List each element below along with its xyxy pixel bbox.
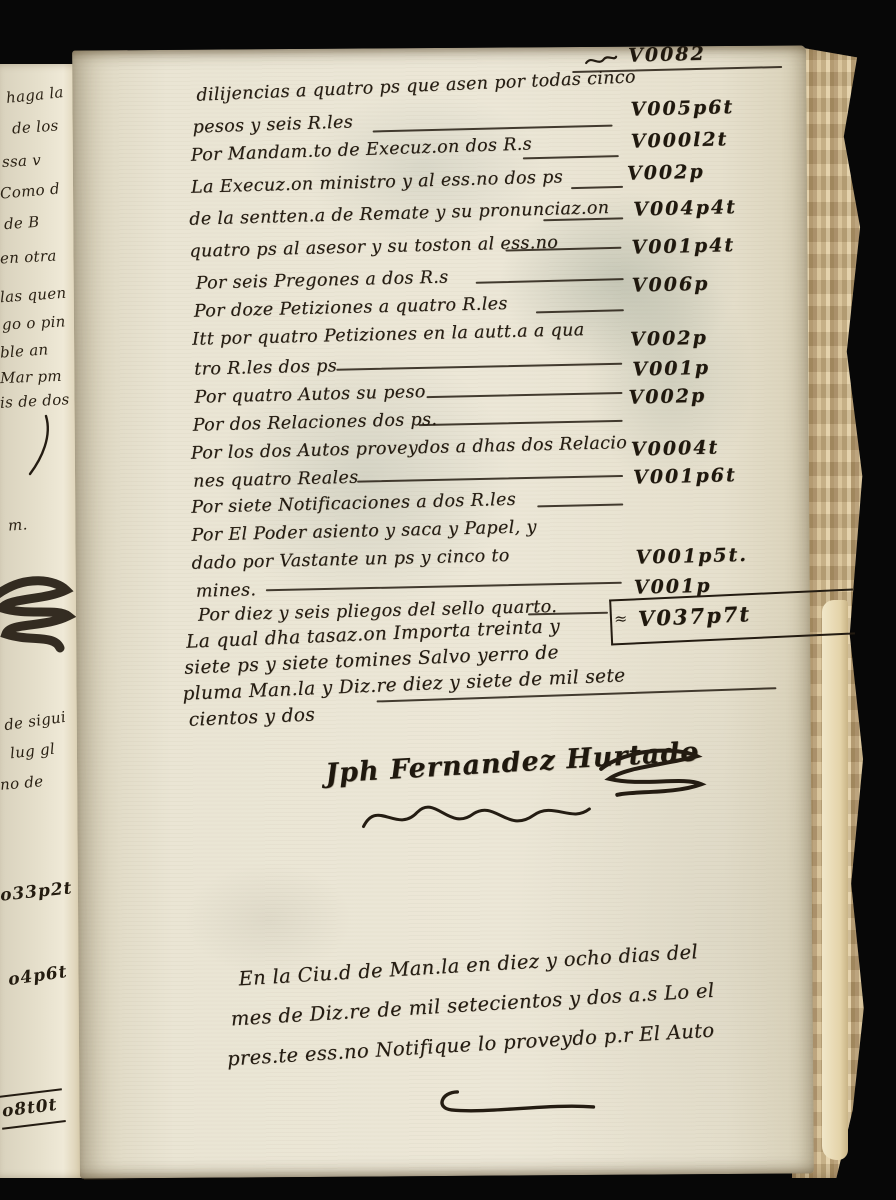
manuscript-line: dilijencias a quatro ps que asen por tod… xyxy=(196,67,636,105)
carried-amount: V0082 xyxy=(628,43,706,67)
amount: V005p6t xyxy=(630,96,734,121)
margin-fragment: is de dos xyxy=(0,390,70,412)
manuscript-line: Por siete Notificaciones a dos R.les xyxy=(191,490,516,518)
manuscript-line: de la sentten.a de Remate y su pronuncia… xyxy=(189,198,610,230)
margin-fragment: no de xyxy=(0,772,44,794)
margin-fragment: go o pin xyxy=(2,312,67,333)
margin-fragment: Como d xyxy=(0,179,61,202)
manuscript-photo: haga la de los ssa v Como d de B en otra… xyxy=(0,0,896,1200)
leader-line xyxy=(537,504,623,508)
manuscript-line: Por los dos Autos proveydos a dhas dos R… xyxy=(191,433,628,464)
leader-line xyxy=(523,155,619,159)
margin-fragment: ssa v xyxy=(2,151,42,171)
margin-fragment: lug gl xyxy=(9,740,56,763)
manuscript-page: V0082 dilijencias a quatro ps que asen p… xyxy=(72,45,814,1178)
margin-fragment: de B xyxy=(3,213,40,233)
margin-fragment: m. xyxy=(7,515,28,534)
manuscript-line: quatro ps al asesor y su toston al ess.n… xyxy=(189,233,558,262)
amount: V004p4t xyxy=(633,196,737,221)
manuscript-line: Por seis Pregones a dos R.s xyxy=(195,268,448,294)
amount: V001p xyxy=(632,357,710,381)
amount: V001p5t. xyxy=(635,544,748,569)
margin-fragment: las quen xyxy=(0,284,67,307)
manuscript-line: nes quatro Reales xyxy=(193,468,359,492)
amount: V002p xyxy=(628,385,706,409)
leader-line xyxy=(528,612,608,616)
margin-fragment: Mar pm xyxy=(0,367,62,387)
leader-line xyxy=(426,392,622,398)
leader-line xyxy=(419,420,623,426)
amount: V002p xyxy=(630,327,708,351)
signature-rubric xyxy=(597,738,707,799)
manuscript-line: Itt por quatro Petiziones en la autt.a a… xyxy=(192,320,585,350)
closing-flourish xyxy=(429,1081,599,1118)
flourish-mark xyxy=(22,412,52,482)
manuscript-line: mines. xyxy=(196,580,257,601)
manuscript-line: Por quatro Autos su peso xyxy=(194,382,426,408)
manuscript-line: tro R.les dos ps xyxy=(194,356,337,379)
manuscript-line: Por El Poder asiento y saca y Papel, y xyxy=(191,517,537,545)
ink-scribble xyxy=(0,564,86,664)
amount: V001p6t xyxy=(633,464,737,489)
leader-line xyxy=(571,186,623,189)
leader-line xyxy=(336,363,622,371)
approx-mark: ≈ xyxy=(614,609,628,629)
manuscript-line: Por Mandam.to de Execuz.on dos R.s xyxy=(190,134,532,165)
squiggle-mark xyxy=(584,53,618,69)
manuscript-line: pesos y seis R.les xyxy=(192,112,353,137)
total-amount: V037p7t xyxy=(637,601,751,631)
amount: V006p xyxy=(631,273,709,297)
margin-fragment: haga la xyxy=(5,83,64,107)
margin-fragment: de los xyxy=(11,116,59,137)
manuscript-line: cientos y dos xyxy=(188,704,315,730)
manuscript-line: La Execuz.on ministro y al ess.no dos ps xyxy=(191,167,564,197)
amount: V0004t xyxy=(631,437,720,461)
leader-line xyxy=(536,309,624,313)
margin-amount-boxed: o8t0t xyxy=(0,1088,66,1130)
leader-line xyxy=(373,125,613,133)
margin-fragment: ble an xyxy=(0,340,49,361)
leader-line xyxy=(476,278,624,284)
margin-amount: o33p2t xyxy=(0,878,73,905)
amount: V002p xyxy=(627,161,705,185)
manuscript-line: dado por Vastante un ps y cinco to xyxy=(191,546,509,574)
margin-fragment: de sigui xyxy=(3,708,67,734)
margin-amount: o4p6t xyxy=(7,962,69,990)
amount: V000l2t xyxy=(630,128,728,152)
leader-line xyxy=(357,475,623,483)
underlying-page-edge xyxy=(822,600,848,1160)
signature-flourish xyxy=(357,789,597,841)
amount: V001p4t xyxy=(631,234,735,259)
manuscript-line: Por dos Relaciones dos ps. xyxy=(192,410,437,436)
manuscript-line: Por doze Petiziones a quatro R.les xyxy=(194,294,508,322)
leader-line xyxy=(266,582,622,591)
margin-fragment: en otra xyxy=(0,247,57,268)
